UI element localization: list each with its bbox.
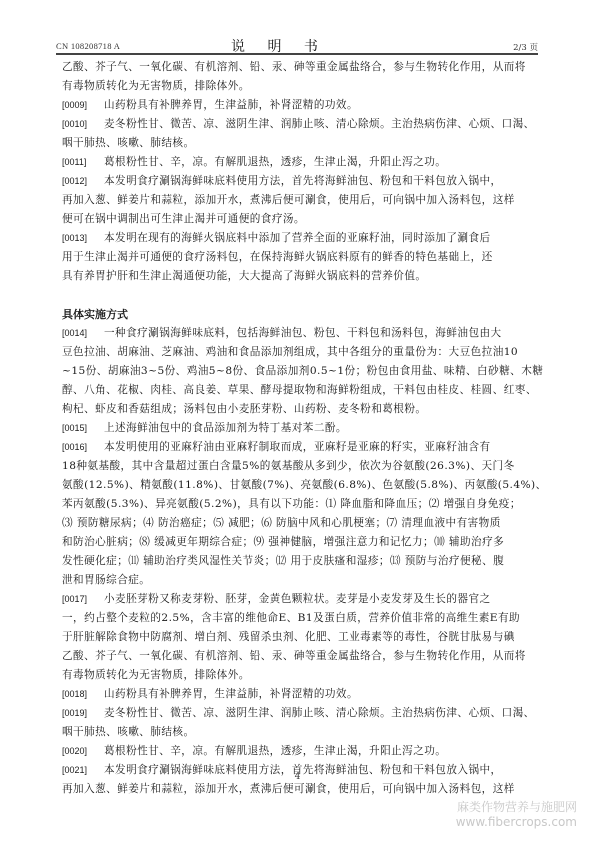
line-text: 氨酸(12.5%)、精氨酸(11.8%)、甘氨酸(7%)、亮氨酸(6.8%)、色… (62, 479, 547, 491)
patent-number: CN 108208718 A (56, 41, 120, 51)
paragraph-number: [0009] (62, 96, 104, 115)
line-text: 一，约占整个麦粒的2.5%，含丰富的维他命E、B1及蛋白质，营养价值非常的高维生… (62, 612, 520, 624)
text-line: 具有养胃护肝和生津止渴通便功能，大大提高了海鲜火锅底料的营养价值。 (62, 267, 532, 286)
text-line: 有毒物质转化为无害物质，排除体外。 (62, 666, 532, 685)
line-text: 本发明在现有的海鲜火锅底料中添加了营养全面的亚麻籽油，同时添加了涮食后 (104, 232, 491, 244)
line-text: 发性硬化症；⑾ 辅助治疗类风湿性关节炎；⑿ 用于皮肤瘙和湿疹；⒀ 预防与治疗便秘… (62, 555, 504, 567)
text-line: 乙酸、芥子气、一氧化碳、有机溶剂、铅、汞、砷等重金属盐络合，参与生物转化作用，从… (62, 58, 532, 77)
text-line: 氨酸(12.5%)、精氨酸(11.8%)、甘氨酸(7%)、亮氨酸(6.8%)、色… (62, 476, 532, 495)
line-text: 枸杞、虾皮和香菇组成；汤料包由小麦胚芽粉、山药粉、麦冬粉和葛根粉。 (62, 403, 426, 415)
text-line: [0011]葛根粉性甘、辛，凉。有解肌退热，透疹，生津止渴，升阳止泻之功。 (62, 153, 532, 172)
watermark-url: www.fibercrops.com (456, 815, 577, 830)
text-line: 一，约占整个麦粒的2.5%，含丰富的维他命E、B1及蛋白质，营养价值非常的高维生… (62, 609, 532, 628)
text-line: [0012]本发明食疗涮锅海鲜味底料使用方法，首先将海鲜油包、粉包和干料包放入锅… (62, 172, 532, 191)
text-line: [0016]本发明使用的亚麻籽油由亚麻籽制取而成，亚麻籽是亚麻的籽实，亚麻籽油含… (62, 438, 532, 457)
text-line: 枸杞、虾皮和香菇组成；汤料包由小麦胚芽粉、山药粉、麦冬粉和葛根粉。 (62, 400, 532, 419)
line-text: 泄和胃肠综合症。 (62, 574, 150, 586)
text-line: [0019]麦冬粉性甘、微苦、凉、滋阴生津、润肺止咳、清心除烦。主治热病伤津、心… (62, 704, 532, 723)
line-text: 苯丙氨酸(5.3%)、异亮氨酸(5.2%)，具有以下功能：⑴ 降血脂和降血压；⑵… (62, 498, 521, 510)
text-line: [0015]上述海鲜油包中的食品添加剂为特丁基对苯二酚。 (62, 419, 532, 438)
line-text: ⑶ 预防糖尿病；⑷ 防治癌症；⑸ 减肥；⑹ 防脑中风和心肌梗塞；⑺ 清理血液中有… (62, 517, 501, 529)
line-text: 小麦胚芽粉又称麦芽粉、胚芽，金黄色颗粒状。麦芽是小麦发芽及生长的器官之 (104, 593, 491, 605)
line-text: 本发明使用的亚麻籽油由亚麻籽制取而成，亚麻籽是亚麻的籽实，亚麻籽油含有 (104, 441, 491, 453)
paragraph-number: [0014] (62, 324, 104, 343)
page-number: 4 (0, 772, 595, 782)
text-line: 18种氨基酸，其中含量超过蛋白含量5%的氨基酸从多到少，依次为谷氨酸(26.3%… (62, 457, 532, 476)
line-text: 便可在锅中调制出可生津止渴并可通便的食疗汤。 (62, 213, 305, 225)
line-text: 乙酸、芥子气、一氧化碳、有机溶剂、铅、汞、砷等重金属盐络合，参与生物转化作用，从… (62, 650, 526, 662)
paragraph-number: [0010] (62, 115, 104, 134)
line-text: 上述海鲜油包中的食品添加剂为特丁基对苯二酚。 (104, 422, 347, 434)
line-text: 用于生津止渴并可通便的食疗汤料包，在保持海鲜火锅底料原有的鲜香的特色基础上，还 (62, 251, 493, 263)
line-text: 麦冬粉性甘、微苦、凉、滋阴生津、润肺止咳、清心除烦。主治热病伤津、心烦、口渴、 (104, 707, 535, 719)
text-line: 泄和胃肠综合症。 (62, 571, 532, 590)
text-line: 咽干肺热、咳嗽、肺结核。 (62, 134, 532, 153)
line-text: 乙酸、芥子气、一氧化碳、有机溶剂、铅、汞、砷等重金属盐络合，参与生物转化作用，从… (62, 61, 526, 73)
line-text: 葛根粉性甘、辛，凉。有解肌退热，透疹，生津止渴，升阳止泻之功。 (104, 745, 446, 757)
text-line: 用于生津止渴并可通便的食疗汤料包，在保持海鲜火锅底料原有的鲜香的特色基础上，还 (62, 248, 532, 267)
text-line: [0010]麦冬粉性甘、微苦、凉、滋阴生津、润肺止咳、清心除烦。主治热病伤津、心… (62, 115, 532, 134)
text-line: [0018]山药粉具有补脾养胃，生津益肺，补肾涩精的功效。 (62, 685, 532, 704)
line-text: 和防治心脏病；⑻ 缓减更年期综合症；⑼ 强神健脑，增强注意力和记忆力；⑽ 辅助治… (62, 536, 504, 548)
line-text: 具有养胃护肝和生津止渴通便功能，大大提高了海鲜火锅底料的营养价值。 (62, 270, 426, 282)
paragraph-number: [0013] (62, 229, 104, 248)
section-gap (62, 286, 532, 305)
text-line: 豆色拉油、胡麻油、芝麻油、鸡油和食品添加剂组成，其中各组分的重量份为：大豆色拉油… (62, 343, 532, 362)
text-line: 于肝脏解除食物中防腐剂、增白剂、残留杀虫剂、化肥、工业毒素等的毒性，谷胱甘肽易与… (62, 628, 532, 647)
paragraph-number: [0011] (62, 153, 104, 172)
line-text: 一种食疗涮锅海鲜味底料，包括海鲜油包、粉包、干料包和汤料包，海鲜油包由大 (104, 327, 502, 339)
text-line: [0014]一种食疗涮锅海鲜味底料，包括海鲜油包、粉包、干料包和汤料包，海鲜油包… (62, 324, 532, 343)
document-body: 乙酸、芥子气、一氧化碳、有机溶剂、铅、汞、砷等重金属盐络合，参与生物转化作用，从… (62, 58, 532, 799)
line-text: 豆色拉油、胡麻油、芝麻油、鸡油和食品添加剂组成，其中各组分的重量份为：大豆色拉油… (62, 346, 518, 358)
text-line: 乙酸、芥子气、一氧化碳、有机溶剂、铅、汞、砷等重金属盐络合，参与生物转化作用，从… (62, 647, 532, 666)
line-text: 咽干肺热、咳嗽、肺结核。 (62, 726, 195, 738)
text-line: [0017]小麦胚芽粉又称麦芽粉、胚芽，金黄色颗粒状。麦芽是小麦发芽及生长的器官… (62, 590, 532, 609)
line-text: 醇、八角、花椒、肉桂、高良姜、草果、酵母提取物和海鲜粉组成，干料包由桂皮、桂圆、… (62, 384, 537, 396)
line-text: 咽干肺热、咳嗽、肺结核。 (62, 137, 195, 149)
text-line: 咽干肺热、咳嗽、肺结核。 (62, 723, 532, 742)
line-text: 于肝脏解除食物中防腐剂、增白剂、残留杀虫剂、化肥、工业毒素等的毒性，谷胱甘肽易与… (62, 631, 515, 643)
header-divider (56, 53, 538, 55)
text-line: 有毒物质转化为无害物质，排除体外。 (62, 77, 532, 96)
paragraph-number: [0016] (62, 438, 104, 457)
paragraph-number: [0017] (62, 590, 104, 609)
text-line: 再加入葱、鲜姜片和蒜粒，添加开水，煮沸后便可涮食，使用后，可向锅中加入汤料包，这… (62, 191, 532, 210)
page-header: CN 108208718 A 说 明 书 2/3 页 (56, 36, 467, 54)
line-text: ~15份、胡麻油3~5份、鸡油5~8份、食品添加剂0.5~1份；粉包由食用盐、味… (62, 365, 543, 377)
line-text: 葛根粉性甘、辛，凉。有解肌退热，透疹，生津止渴，升阳止泻之功。 (104, 156, 446, 168)
line-text: 麦冬粉性甘、微苦、凉、滋阴生津、润肺止咳、清心除烦。主治热病伤津、心烦、口渴、 (104, 118, 535, 130)
line-text: 再加入葱、鲜姜片和蒜粒，添加开水，煮沸后便可涮食，使用后，可向锅中加入汤料包，这… (62, 194, 515, 206)
line-text: 再加入葱、鲜姜片和蒜粒，添加开水，煮沸后便可涮食，使用后，可向锅中加入汤料包，这… (62, 783, 515, 795)
paragraph-number: [0020] (62, 742, 104, 761)
paragraph-number: [0019] (62, 704, 104, 723)
watermark-site-name: 麻类作物营养与施肥网 (456, 800, 577, 815)
paragraph-number: [0015] (62, 419, 104, 438)
line-text: 18种氨基酸，其中含量超过蛋白含量5%的氨基酸从多到少，依次为谷氨酸(26.3%… (62, 460, 515, 472)
text-line: 苯丙氨酸(5.3%)、异亮氨酸(5.2%)，具有以下功能：⑴ 降血脂和降血压；⑵… (62, 495, 532, 514)
line-text: 有毒物质转化为无害物质，排除体外。 (62, 669, 250, 681)
line-text: 山药粉具有补脾养胃，生津益肺，补肾涩精的功效。 (104, 688, 358, 700)
line-text: 山药粉具有补脾养胃，生津益肺，补肾涩精的功效。 (104, 99, 358, 111)
line-text: 本发明食疗涮锅海鲜味底料使用方法，首先将海鲜油包、粉包和干料包放入锅中， (104, 175, 502, 187)
paragraphs-top: 乙酸、芥子气、一氧化碳、有机溶剂、铅、汞、砷等重金属盐络合，参与生物转化作用，从… (62, 58, 532, 286)
section-title: 具体实施方式 (62, 305, 532, 324)
text-line: [0013]本发明在现有的海鲜火锅底料中添加了营养全面的亚麻籽油，同时添加了涮食… (62, 229, 532, 248)
paragraph-number: [0012] (62, 172, 104, 191)
page-indicator: 2/3 页 (513, 41, 538, 53)
text-line: 再加入葱、鲜姜片和蒜粒，添加开水，煮沸后便可涮食，使用后，可向锅中加入汤料包，这… (62, 780, 532, 799)
text-line: [0009]山药粉具有补脾养胃，生津益肺，补肾涩精的功效。 (62, 96, 532, 115)
paragraphs-bottom: [0014]一种食疗涮锅海鲜味底料，包括海鲜油包、粉包、干料包和汤料包，海鲜油包… (62, 324, 532, 799)
watermark: 麻类作物营养与施肥网 www.fibercrops.com (456, 800, 577, 830)
text-line: 便可在锅中调制出可生津止渴并可通便的食疗汤。 (62, 210, 532, 229)
text-line: 发性硬化症；⑾ 辅助治疗类风湿性关节炎；⑿ 用于皮肤瘙和湿疹；⒀ 预防与治疗便秘… (62, 552, 532, 571)
text-line: ~15份、胡麻油3~5份、鸡油5~8份、食品添加剂0.5~1份；粉包由食用盐、味… (62, 362, 532, 381)
paragraph-number: [0018] (62, 685, 104, 704)
text-line: 醇、八角、花椒、肉桂、高良姜、草果、酵母提取物和海鲜粉组成，干料包由桂皮、桂圆、… (62, 381, 532, 400)
line-text: 有毒物质转化为无害物质，排除体外。 (62, 80, 250, 92)
text-line: 和防治心脏病；⑻ 缓减更年期综合症；⑼ 强神健脑，增强注意力和记忆力；⑽ 辅助治… (62, 533, 532, 552)
text-line: [0020]葛根粉性甘、辛，凉。有解肌退热，透疹，生津止渴，升阳止泻之功。 (62, 742, 532, 761)
text-line: ⑶ 预防糖尿病；⑷ 防治癌症；⑸ 减肥；⑹ 防脑中风和心肌梗塞；⑺ 清理血液中有… (62, 514, 532, 533)
